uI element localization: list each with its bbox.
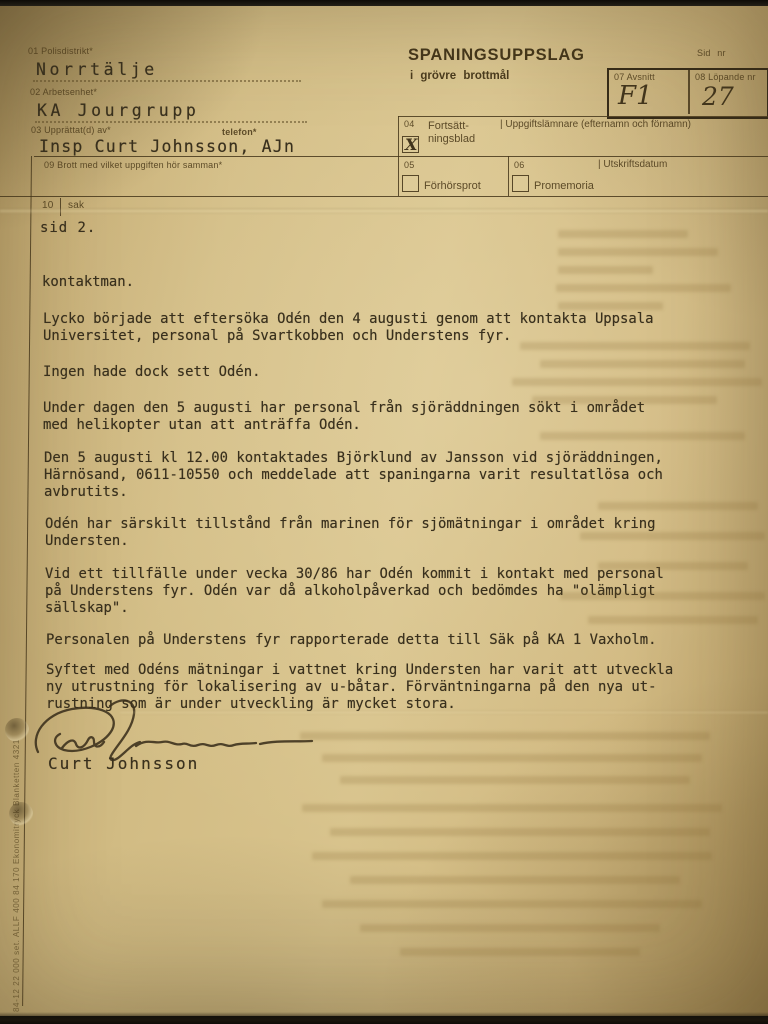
row-05-06-divider — [508, 156, 509, 196]
field-05-number: 05 — [404, 160, 414, 170]
field-04-number: 04 — [404, 119, 414, 129]
field-06-number: 06 — [514, 160, 524, 170]
bleedthrough-smudge — [560, 592, 765, 600]
bleedthrough-smudge — [340, 776, 690, 784]
typed-signature-name: Curt Johnsson — [48, 754, 199, 773]
form-left-rule — [22, 156, 32, 1006]
bleedthrough-smudge — [330, 828, 710, 836]
checkbox-06-promemoria — [512, 175, 529, 192]
bleedthrough-smudge — [540, 432, 745, 440]
bleedthrough-smudge — [322, 900, 702, 908]
dotted-underline-01 — [33, 80, 301, 82]
paragraph: Personalen på Understens fyr rapporterad… — [46, 632, 657, 649]
field-09-label: 09 Brott med vilket uppgiften hör samman… — [44, 160, 222, 170]
bleedthrough-smudge — [598, 562, 748, 570]
bleedthrough-smudge — [360, 924, 660, 932]
dotted-underline-02 — [35, 121, 307, 123]
paragraph: Under dagen den 5 augusti har personal f… — [43, 400, 645, 434]
photo-edge-bottom — [0, 1012, 768, 1024]
bleedthrough-smudge — [300, 732, 710, 740]
punch-hole — [9, 802, 33, 826]
paragraph: Odén har särskilt tillstånd från marinen… — [45, 516, 656, 550]
bleedthrough-smudge — [312, 852, 712, 860]
field-05-label: Förhörsprot — [424, 180, 481, 192]
uppgiftslamnare-label: | Uppgiftslämnare (efternamn och förnamn… — [500, 119, 691, 130]
checkbox-05-forhorsprot — [402, 175, 419, 192]
margin-imprint: 84-12 22 000 set. ALLF 400 84 170 Ekonom… — [12, 739, 21, 1012]
field-02-value: KA Jourgrupp — [37, 101, 199, 120]
paragraph: Ingen hade dock sett Odén. — [43, 364, 260, 381]
field-03-telefon-label: telefon* — [222, 127, 257, 137]
bleedthrough-smudge — [558, 248, 718, 256]
bleedthrough-smudge — [520, 342, 750, 350]
bleedthrough-smudge — [580, 532, 765, 540]
bleedthrough-smudge — [512, 378, 762, 386]
handwritten-avsnitt-value: F1 — [618, 81, 653, 111]
field-03-label: 03 Upprättat(d) av* — [31, 125, 111, 135]
crease-line — [0, 208, 768, 214]
bleedthrough-smudge — [598, 502, 758, 510]
row-05-top-line — [34, 156, 768, 157]
utskriftsdatum-label: | Utskriftsdatum — [598, 159, 667, 170]
row-04-top-line — [398, 116, 768, 117]
checkbox-04-x-mark: X — [405, 135, 417, 154]
bleedthrough-smudge — [556, 284, 731, 292]
bleedthrough-smudge — [540, 360, 745, 368]
field-06-label: Promemoria — [534, 180, 594, 192]
form-title: SPANINGSUPPSLAG — [408, 46, 585, 65]
bleedthrough-smudge — [532, 396, 717, 404]
paragraph: kontaktman. — [42, 274, 134, 291]
bleedthrough-smudge — [302, 804, 722, 812]
field-01-label: 01 Polisdistrikt* — [28, 46, 93, 56]
page-marker: sid 2. — [40, 220, 96, 237]
bleedthrough-smudge — [400, 948, 640, 956]
bleedthrough-smudge — [588, 616, 758, 624]
bleedthrough-smudge — [350, 876, 680, 884]
bleedthrough-smudge — [558, 302, 663, 310]
field-03-value: Insp Curt Johnsson, AJn — [39, 137, 295, 156]
paragraph: Lycko började att eftersöka Odén den 4 a… — [43, 311, 654, 345]
paper-sheet: 01 Polisdistrikt* Norrtälje 02 Arbetsenh… — [0, 4, 768, 1016]
field-02-label: 02 Arbetsenhet* — [30, 87, 97, 97]
paragraph: Den 5 augusti kl 12.00 kontaktades Björk… — [44, 450, 663, 501]
photographed-document-page: 01 Polisdistrikt* Norrtälje 02 Arbetsenh… — [0, 0, 768, 1024]
box-07-08-divider — [688, 70, 690, 114]
row-10-top-line — [0, 196, 768, 197]
form-subtitle: i grövre brottmål — [410, 70, 509, 82]
punch-hole — [5, 718, 29, 742]
photo-edge-top — [0, 0, 768, 6]
field-08-label: 08 Löpande nr — [695, 72, 756, 82]
handwritten-lopande-nr-value: 27 — [702, 82, 734, 111]
field-01-value: Norrtälje — [36, 60, 158, 79]
field-04-label: Fortsätt- ningsblad — [428, 120, 475, 146]
bleedthrough-smudge — [558, 230, 688, 238]
crease-line — [120, 710, 768, 715]
sid-nr-label: Sid nr — [697, 48, 726, 58]
bleedthrough-smudge — [322, 754, 702, 762]
bleedthrough-smudge — [558, 266, 653, 274]
